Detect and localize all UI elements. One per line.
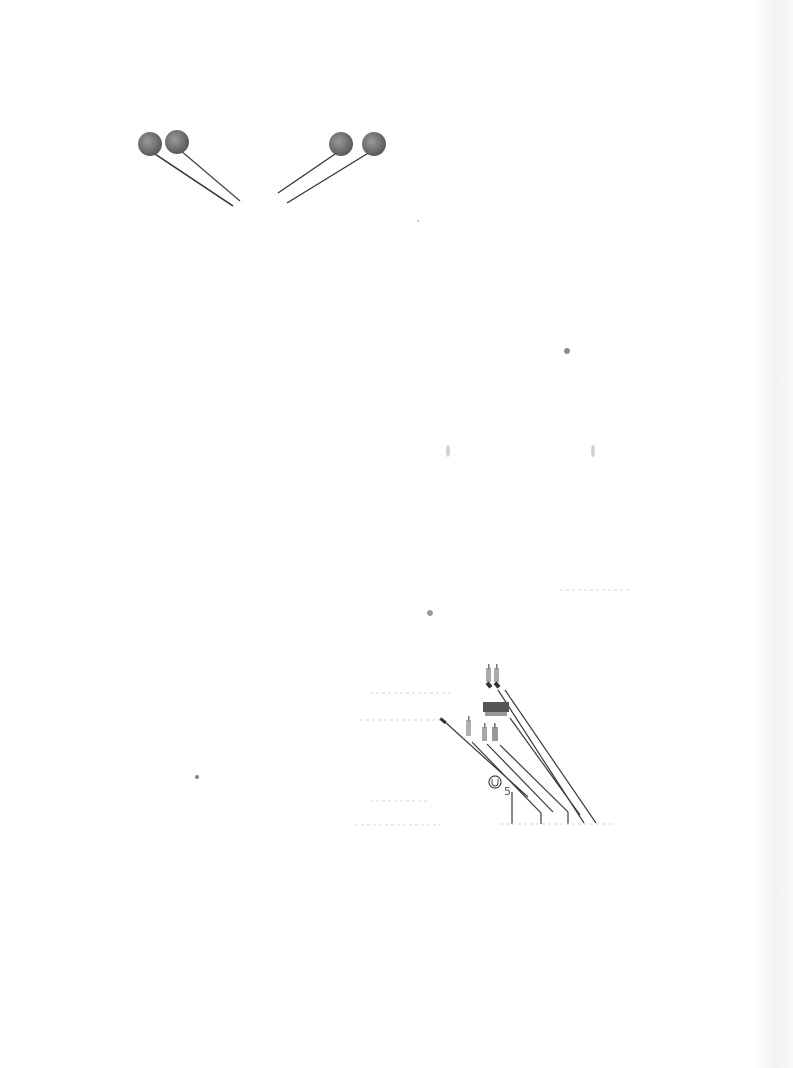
connector-block-icon [483, 702, 509, 716]
pin-head-icon [278, 132, 353, 193]
rca-plug-icon [482, 723, 487, 741]
circled-symbol-icon [489, 776, 501, 788]
scan-specks [195, 220, 595, 779]
drawing-page: 5 [0, 0, 793, 1068]
probe-tip-icon [439, 717, 446, 724]
reference-label: 5 [504, 785, 511, 798]
pin-markers-group [138, 130, 386, 206]
pin-head-icon [165, 130, 240, 201]
rca-plug-icon [466, 716, 471, 736]
rca-plug-icon [494, 664, 501, 689]
technical-drawing: 5 [0, 0, 793, 1068]
rca-plug-icon [492, 723, 498, 741]
rca-plug-icon [486, 664, 493, 689]
plug-cluster-group: 5 [439, 664, 615, 824]
